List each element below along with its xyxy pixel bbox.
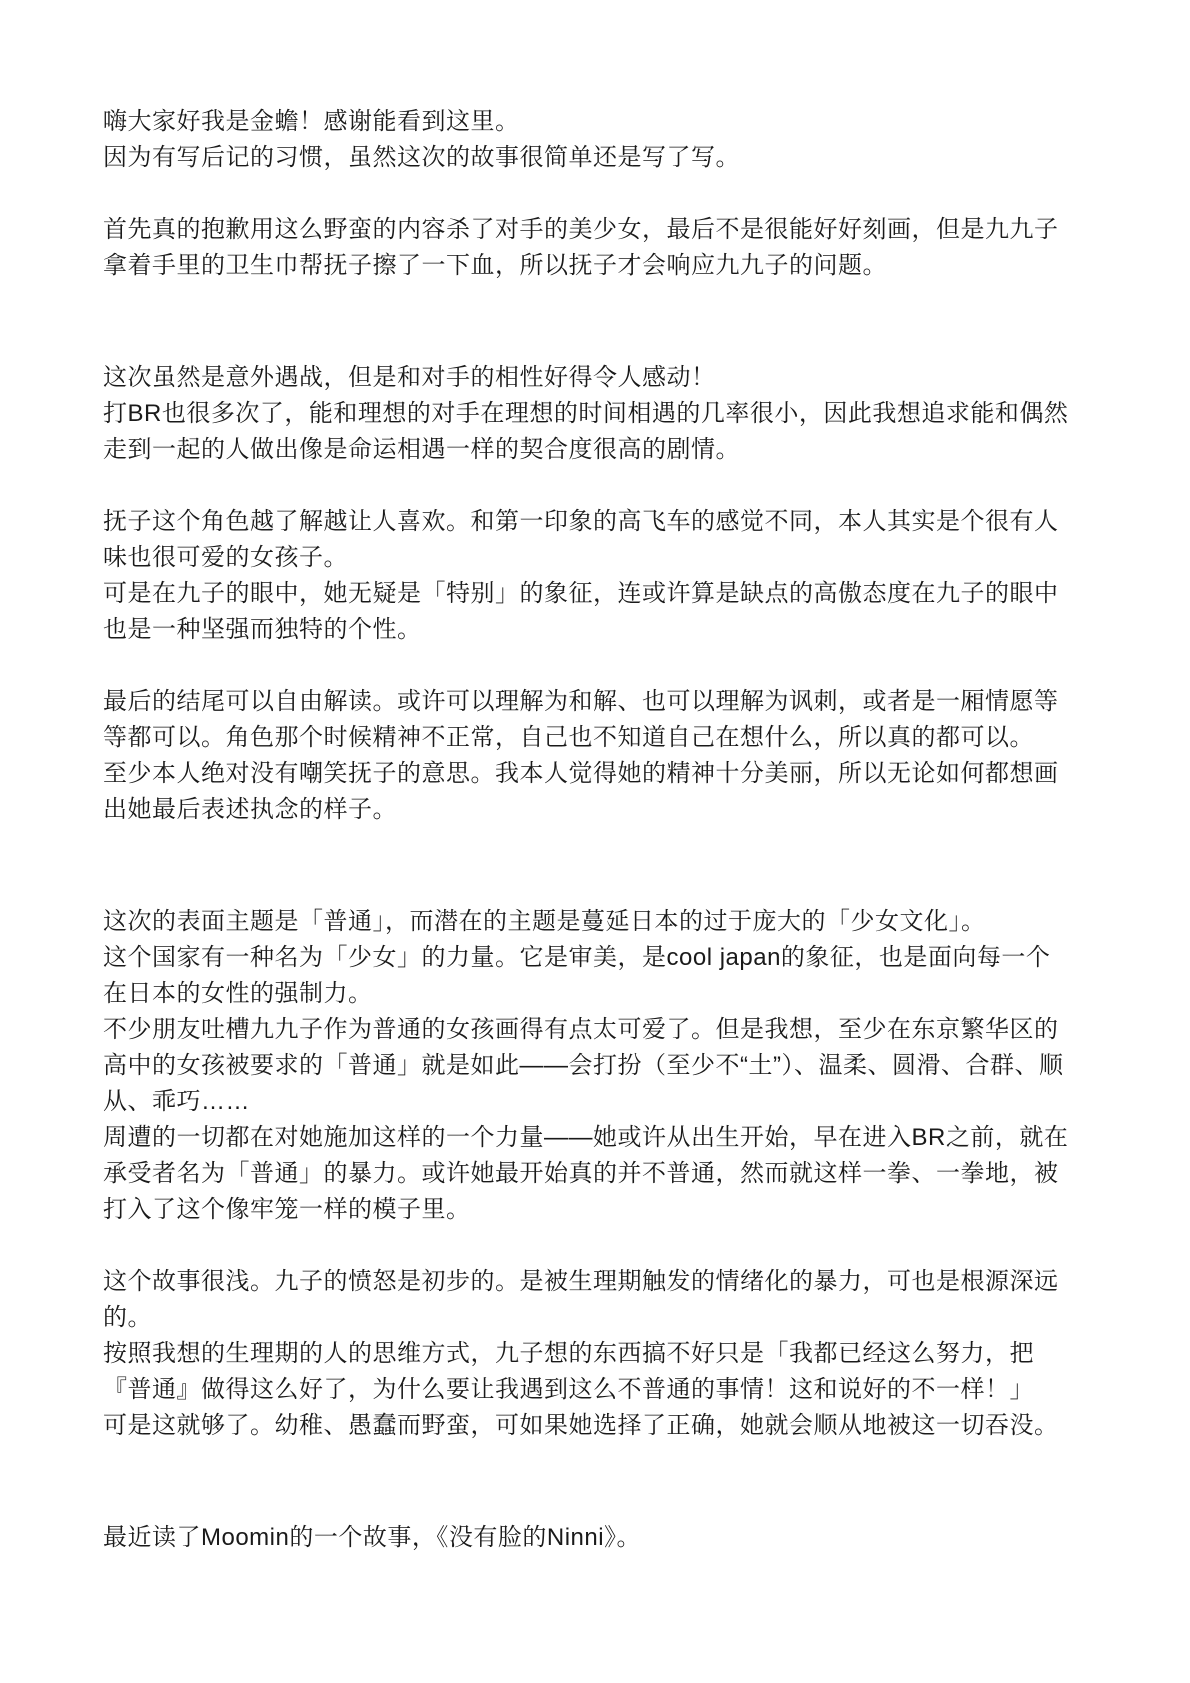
afterword-text-content: 嗨大家好我是金蟾！感谢能看到这里。 因为有写后记的习惯，虽然这次的故事很简单还是… bbox=[103, 104, 1071, 1556]
text-line: 这个国家有一种名为「少女」的力量。它是审美，是cool japan的象征，也是面… bbox=[103, 940, 1071, 1012]
text-line: 这次的表面主题是「普通」，而潜在的主题是蔓延日本的过于庞大的「少女文化」。 bbox=[103, 904, 1071, 940]
text-line: 因为有写后记的习惯，虽然这次的故事很简单还是写了写。 bbox=[103, 140, 1071, 176]
text-line: 打BR也很多次了，能和理想的对手在理想的时间相遇的几率很小，因此我想追求能和偶然… bbox=[103, 396, 1071, 468]
text-line: 最近读了Moomin的一个故事，《没有脸的Ninni》。 bbox=[103, 1520, 1071, 1556]
text-line: 可是这就够了。幼稚、愚蠢而野蛮，可如果她选择了正确，她就会顺从地被这一切吞没。 bbox=[103, 1408, 1071, 1444]
text-line: 嗨大家好我是金蟾！感谢能看到这里。 bbox=[103, 104, 1071, 140]
text-line: 最后的结尾可以自由解读。或许可以理解为和解、也可以理解为讽刺，或者是一厢情愿等等… bbox=[103, 684, 1071, 756]
text-line: 不少朋友吐槽九九子作为普通的女孩画得有点太可爱了。但是我想，至少在东京繁华区的高… bbox=[103, 1012, 1071, 1120]
text-line: 这次虽然是意外遇战，但是和对手的相性好得令人感动！ bbox=[103, 360, 1071, 396]
text-line: 至少本人绝对没有嘲笑抚子的意思。我本人觉得她的精神十分美丽，所以无论如何都想画出… bbox=[103, 756, 1071, 828]
afterword-page: 嗨大家好我是金蟾！感谢能看到这里。 因为有写后记的习惯，虽然这次的故事很简单还是… bbox=[0, 0, 1190, 1683]
text-line: 抚子这个角色越了解越让人喜欢。和第一印象的高飞车的感觉不同，本人其实是个很有人味… bbox=[103, 504, 1071, 576]
text-line: 可是在九子的眼中，她无疑是「特别」的象征，连或许算是缺点的高傲态度在九子的眼中也… bbox=[103, 576, 1071, 648]
text-line: 首先真的抱歉用这么野蛮的内容杀了对手的美少女，最后不是很能好好刻画，但是九九子拿… bbox=[103, 212, 1071, 284]
text-line: 这个故事很浅。九子的愤怒是初步的。是被生理期触发的情绪化的暴力，可也是根源深远的… bbox=[103, 1264, 1071, 1336]
text-line: 按照我想的生理期的人的思维方式，九子想的东西搞不好只是「我都已经这么努力，把『普… bbox=[103, 1336, 1071, 1408]
text-line: 周遭的一切都在对她施加这样的一个力量——她或许从出生开始，早在进入BR之前，就在… bbox=[103, 1120, 1071, 1228]
